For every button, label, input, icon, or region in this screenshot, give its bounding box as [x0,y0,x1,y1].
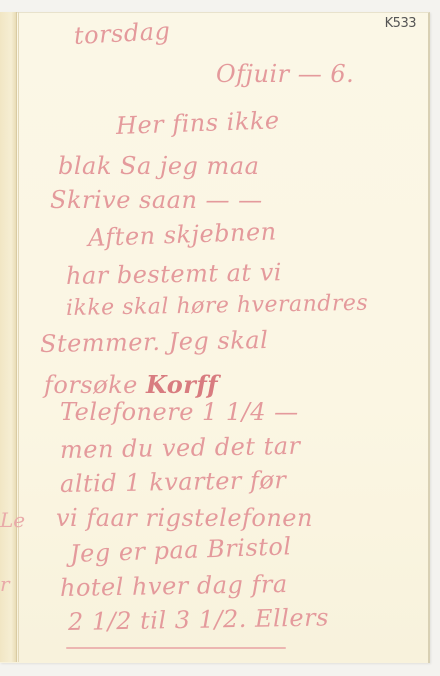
handwritten-line-13: altid 1 kvarter før [60,466,287,498]
page-fold [18,12,19,662]
word-forsoke: forsøke [44,371,138,399]
handwritten-line-8: ikke skal høre hverandres [66,291,369,321]
handwritten-line-16: hotel hver dag fra [60,570,288,602]
margin-mark-1: Le [0,508,25,532]
catalog-number: K533 [385,16,416,31]
handwritten-line-17: 2 1/2 til 3 1/2. Ellers [68,603,329,636]
handwritten-line-9: Stemmer. Jeg skal [40,326,269,358]
handwritten-line-1: torsdag [73,17,171,50]
struck-word: Korff [146,370,218,399]
handwritten-line-12: men du ved det tar [60,432,301,464]
handwritten-line-5: Skrive saan — — [50,186,263,214]
adjacent-page-edge [0,12,17,662]
margin-mark-2: r [0,572,10,596]
handwritten-line-2: Ofjuir — 6. [216,60,354,88]
handwritten-line-3: Her fins ikke [116,106,281,140]
handwritten-line-10: forsøke Korff [44,370,218,399]
handwritten-line-14: vi faar rigstelefonen [56,504,313,532]
handwritten-line-7: har bestemt at vi [66,258,282,290]
handwritten-line-11: Telefonere 1 1/4 — [60,398,299,426]
handwritten-line-4: blak Sa jeg maa [58,152,259,180]
ink-underline [66,647,286,649]
